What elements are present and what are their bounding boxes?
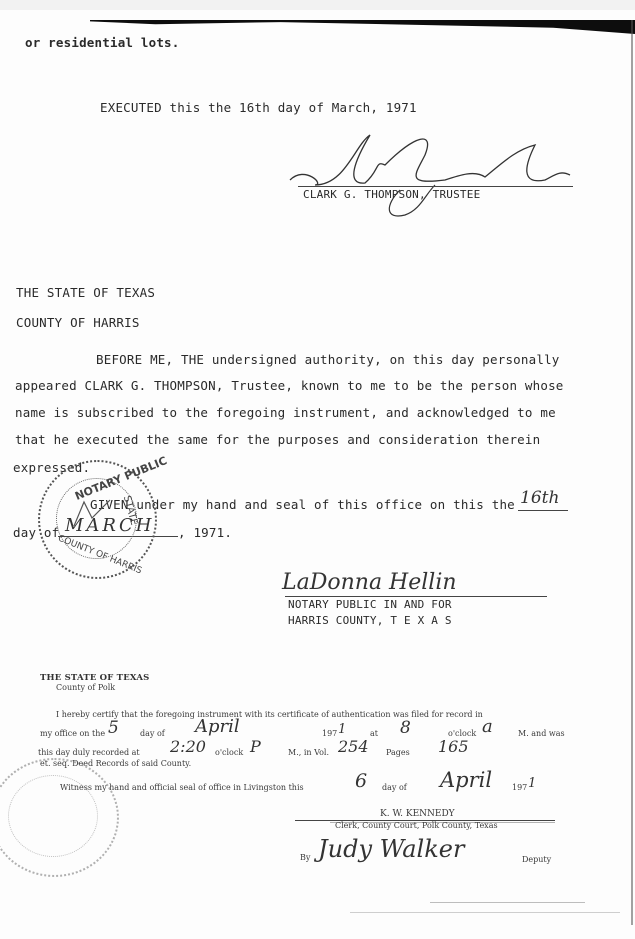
rec-county: County of Polk xyxy=(56,683,115,692)
rec-filed-ampm: a xyxy=(482,716,493,737)
rec-day-of: day of xyxy=(140,729,165,738)
rec-filed-year-digit: 1 xyxy=(338,722,346,737)
deputy-label: Deputy xyxy=(522,855,551,864)
ack-line-3: name is subscribed to the foregoing inst… xyxy=(15,405,556,420)
rec-day-of-2: day of xyxy=(382,783,407,792)
given-day-handwritten: 16th xyxy=(520,488,559,508)
executed-line: EXECUTED this the 16th day of March, 197… xyxy=(100,100,417,115)
rec-filed-month: April xyxy=(195,716,240,737)
trustee-signature-scrawl-icon xyxy=(285,125,585,225)
rec-recorded-ampm: P xyxy=(250,737,261,756)
clerk-name: K. W. KENNEDY xyxy=(380,809,455,819)
scan-shadow-band xyxy=(90,20,635,34)
ack-state: THE STATE OF TEXAS xyxy=(16,285,155,300)
ack-line-4: that he executed the same for the purpos… xyxy=(15,432,540,447)
notary-title-1: NOTARY PUBLIC IN AND FOR xyxy=(288,598,452,611)
given-day-blank xyxy=(518,510,568,511)
scan-right-edge xyxy=(627,20,633,925)
rec-pages: 165 xyxy=(438,737,469,756)
rec-volume: 254 xyxy=(338,737,369,756)
rec-at: at xyxy=(370,729,378,738)
ack-line-2: appeared CLARK G. THOMPSON, Trustee, kno… xyxy=(15,378,564,393)
rec-m-and-was: M. and was xyxy=(518,729,565,738)
notary-handwritten-signature: LaDonna Hellin xyxy=(282,570,457,595)
rec-year-prefix-2: 197 xyxy=(512,783,527,792)
clerk-title-line xyxy=(330,822,555,823)
ack-county: COUNTY OF HARRIS xyxy=(16,315,140,330)
rec-state: THE STATE OF TEXAS xyxy=(40,673,150,683)
deputy-handwritten-signature: Judy Walker xyxy=(318,835,464,863)
rec-witness-day: 6 xyxy=(355,770,367,792)
rec-witness-year-digit: 1 xyxy=(528,776,536,791)
rec-pages-label: Pages xyxy=(386,748,410,757)
by-label: By xyxy=(300,853,310,862)
rec-recorded-time: 2:20 xyxy=(170,737,206,756)
continuation-text: or residential lots. xyxy=(25,35,180,50)
seal-star-icon xyxy=(72,498,112,528)
rec-recorded-prefix: this day duly recorded at xyxy=(38,748,140,757)
notary-title-2: HARRIS COUNTY, T E X A S xyxy=(288,614,452,627)
scan-artifact-line-2 xyxy=(350,912,620,913)
document-page: or residential lots. EXECUTED this the 1… xyxy=(0,10,635,939)
rec-certify-line: I hereby certify that the foregoing inst… xyxy=(56,710,483,719)
rec-filed-hour: 8 xyxy=(400,718,411,738)
rec-year-prefix: 197 xyxy=(322,729,337,738)
ack-line-1: BEFORE ME, THE undersigned authority, on… xyxy=(96,352,560,367)
scan-artifact-line xyxy=(430,902,585,903)
rec-in-vol: M., in Vol. xyxy=(288,748,329,757)
notary-signature-line xyxy=(285,596,547,597)
trustee-name: CLARK G. THOMPSON, TRUSTEE xyxy=(303,188,480,201)
rec-office-prefix: my office on the xyxy=(40,729,105,738)
rec-oclock-2: o'clock xyxy=(215,748,243,757)
rec-filed-day: 5 xyxy=(108,718,119,738)
trustee-signature-line xyxy=(298,186,573,187)
rec-witness-month: April xyxy=(440,768,492,792)
given-year: , 1971. xyxy=(178,525,232,540)
